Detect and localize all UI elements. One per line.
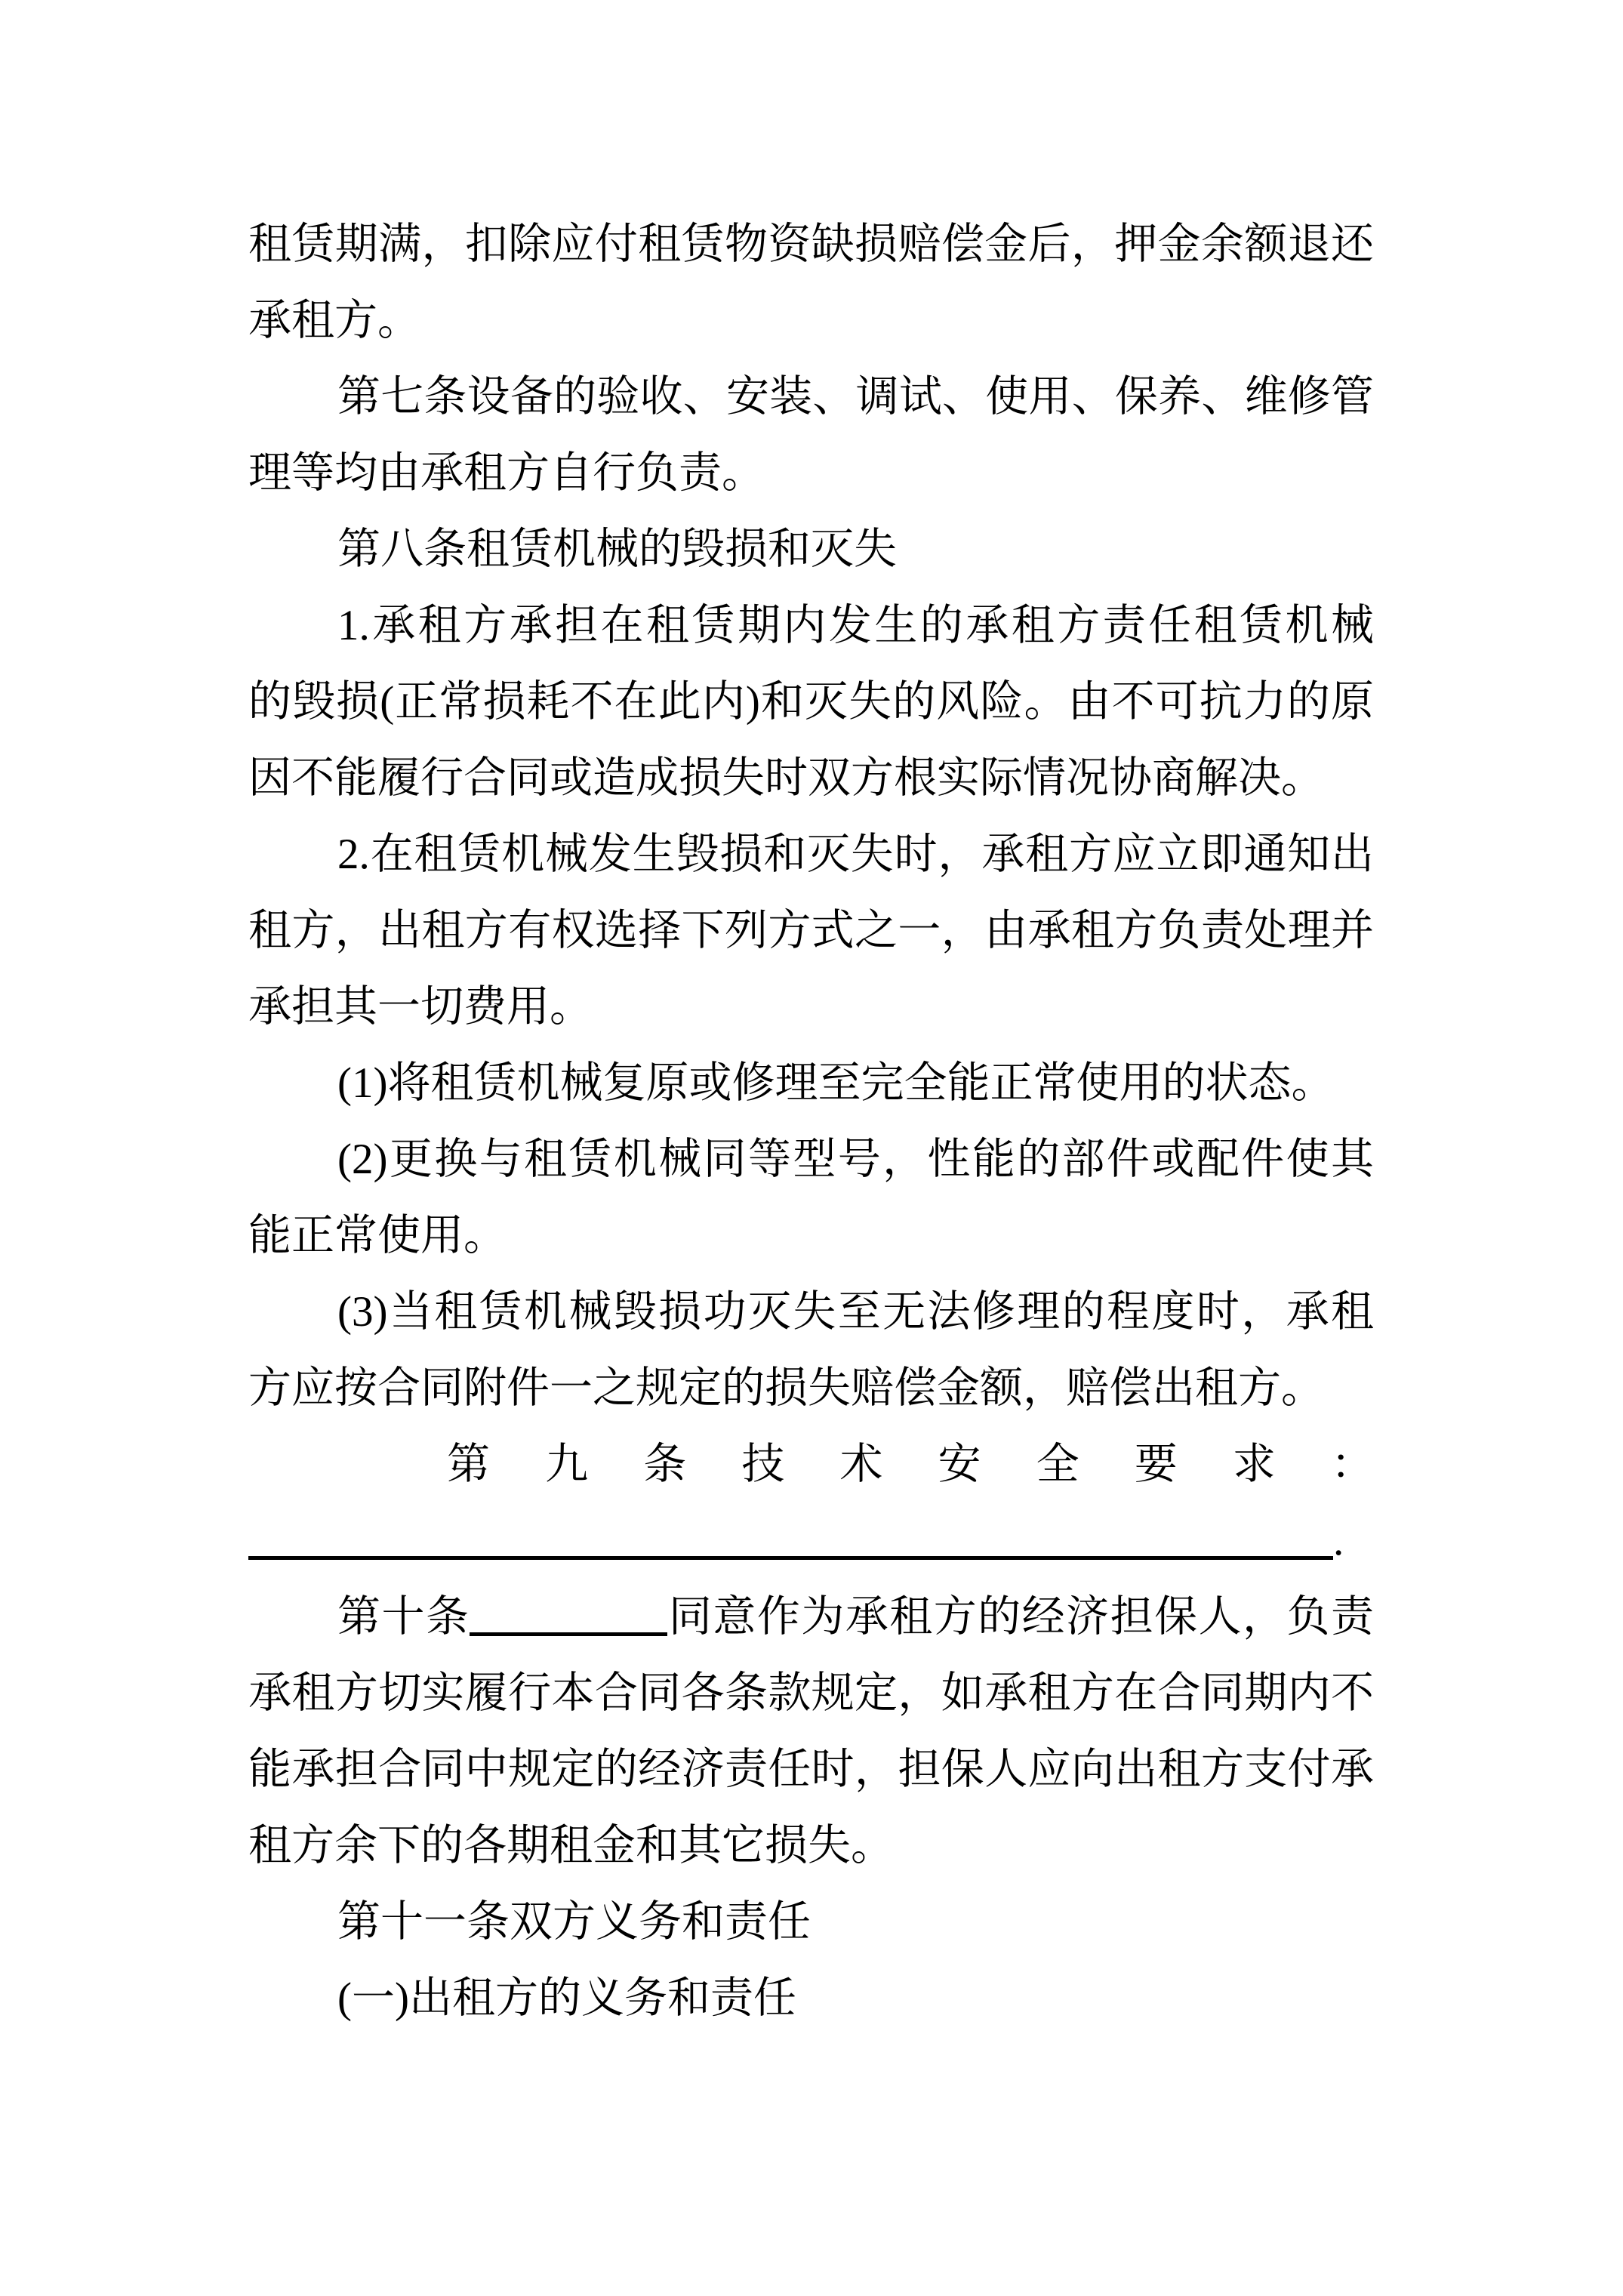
contract-line-clause-11: 第十一条双方义务和责任 (248, 1884, 1374, 1960)
contract-line-section-1: (一)出租方的义务和责任 (248, 1960, 1374, 2036)
contract-line-clause-7: 第七条设备的验收、安装、调试、使用、保养、维修管 (248, 359, 1374, 435)
contract-text-block: 租赁期满，扣除应付租赁物资缺损赔偿金后，押金余额退还 承租方。 第七条设备的验收… (248, 206, 1374, 2036)
contract-line: 方应按合同附件一之规定的损失赔偿金额，赔偿出租方。 (248, 1350, 1374, 1426)
contract-line: 承租方切实履行本合同各条款规定，如承租方在合同期内不 (248, 1655, 1374, 1731)
contract-line: 租方余下的各期租金和其它损失。 (248, 1808, 1374, 1884)
contract-line-item-1: 1.承租方承担在租赁期内发生的承租方责任租赁机械 (248, 587, 1374, 664)
contract-line: 理等均由承租方自行负责。 (248, 435, 1374, 511)
clause-10-line: 第十条同意作为承租方的经济担保人，负责 (248, 1579, 1374, 1655)
contract-line: 租方，出租方有权选择下列方式之一，由承租方负责处理并 (248, 892, 1374, 969)
fill-in-blank-line: . (248, 1502, 1374, 1579)
contract-line: 能承担合同中规定的经济责任时，担保人应向出租方支付承 (248, 1731, 1374, 1808)
contract-line-item-2: 2.在租赁机械发生毁损和灭失时，承租方应立即通知出 (248, 816, 1374, 892)
trailing-period: . (1333, 1517, 1344, 1564)
contract-line-option-1: (1)将租赁机械复原或修理至完全能正常使用的状态。 (248, 1045, 1374, 1121)
clause-10-text: 同意作为承租方的经济担保人，负责 (667, 1593, 1374, 1641)
contract-line: 承担其一切费用。 (248, 969, 1374, 1045)
guarantor-blank-underline (470, 1579, 667, 1636)
contract-line: 承租方。 (248, 282, 1374, 359)
contract-line-option-3: (3)当租赁机械毁损功灭失至无法修理的程度时，承租 (248, 1274, 1374, 1350)
blank-underline (248, 1502, 1333, 1560)
contract-line: 能正常使用。 (248, 1197, 1374, 1274)
contract-line: 的毁损(正常损耗不在此内)和灭失的风险。由不可抗力的原 (248, 664, 1374, 740)
document-page: 租赁期满，扣除应付租赁物资缺损赔偿金后，押金余额退还 承租方。 第七条设备的验收… (0, 0, 1623, 2296)
clause-10-label: 第十条 (337, 1593, 470, 1641)
contract-line-option-2: (2)更换与租赁机械同等型号，性能的部件或配件使其 (248, 1121, 1374, 1197)
contract-line: 租赁期满，扣除应付租赁物资缺损赔偿金后，押金余额退还 (248, 206, 1374, 282)
clause-9-heading: 第九条技术安全要求： (248, 1426, 1374, 1502)
contract-line: 因不能履行合同或造成损失时双方根实际情况协商解决。 (248, 740, 1374, 816)
contract-line-clause-8: 第八条租赁机械的毁损和灭失 (248, 511, 1374, 587)
